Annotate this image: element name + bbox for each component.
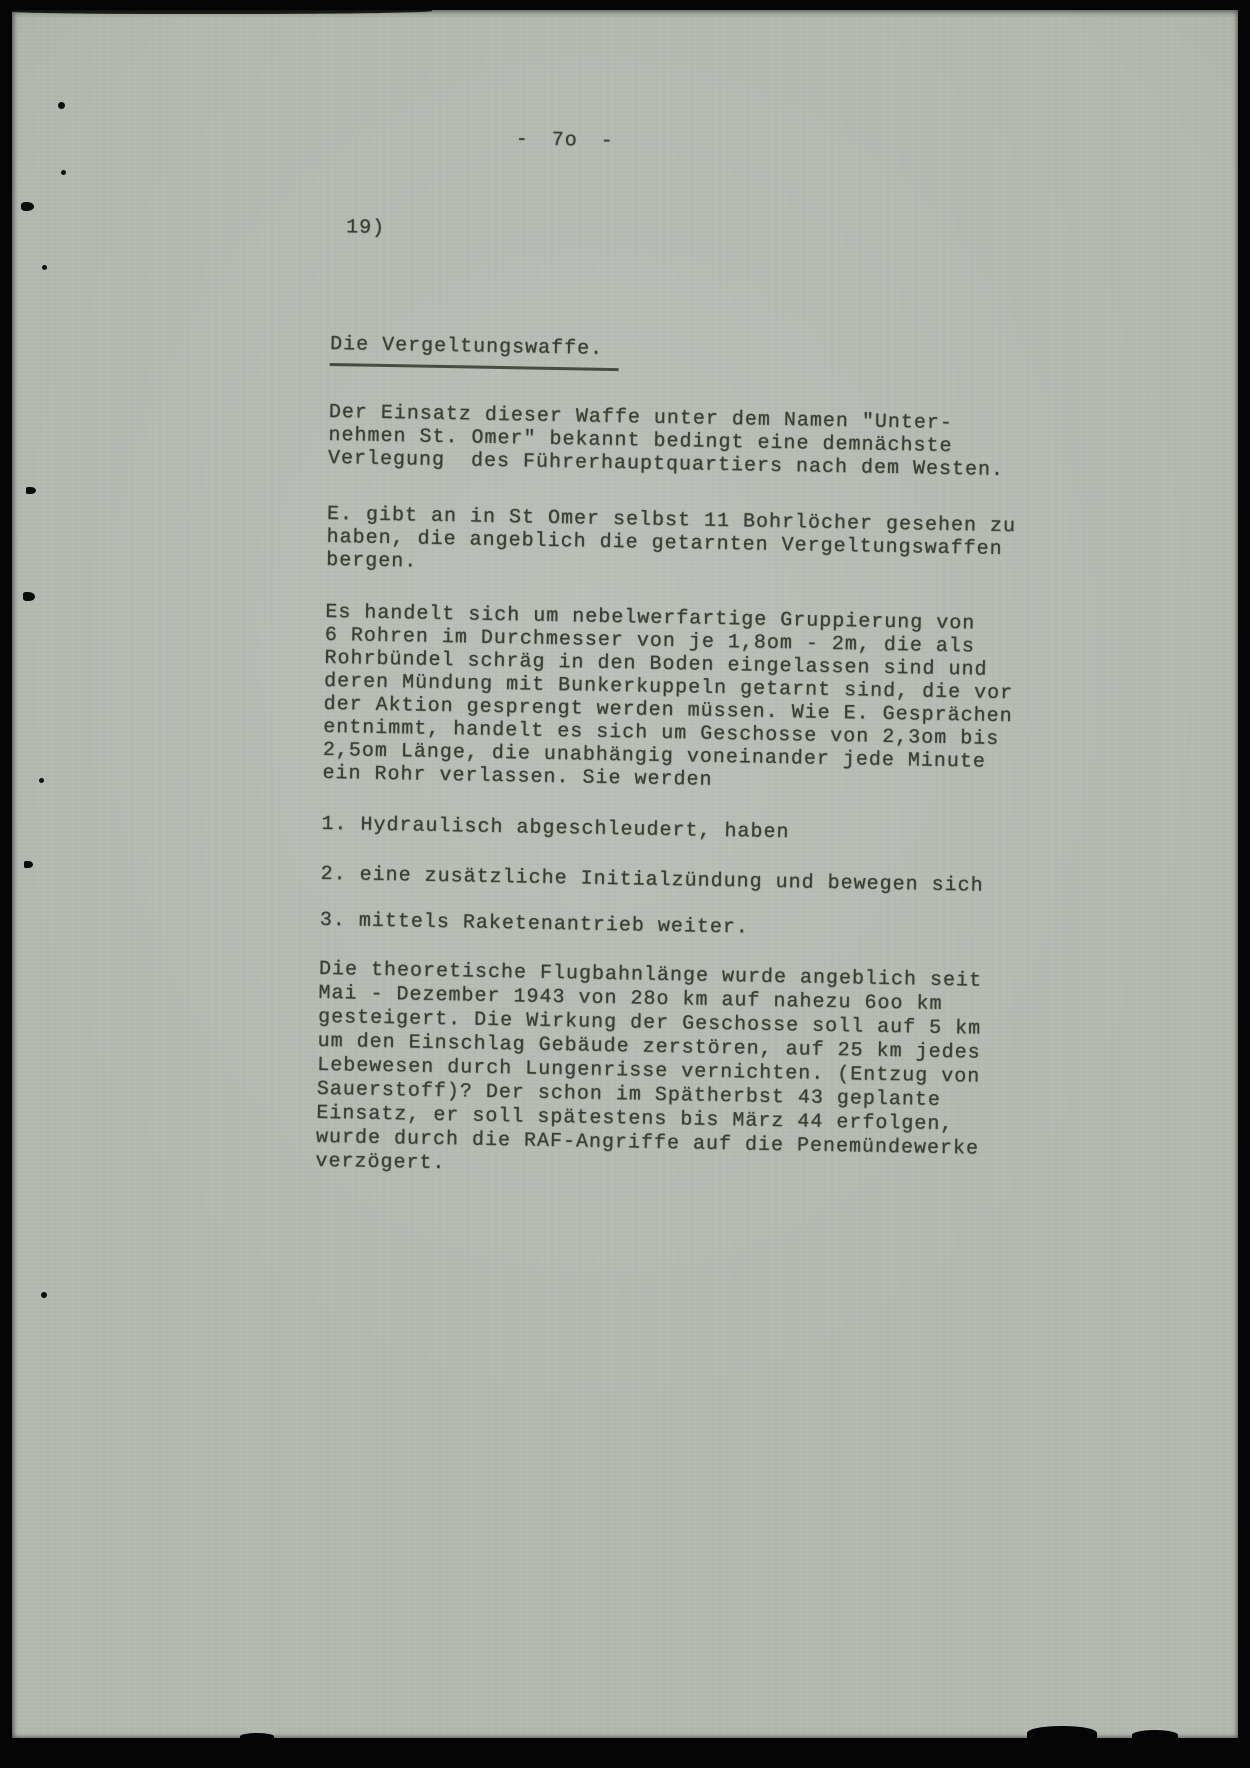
list-item-2: 2. eine zusätzliche Initialzündung und b… [320,863,1044,899]
scan-speck [24,861,33,868]
scan-edge-artifact [1027,1726,1097,1740]
page-number: - 7o - [516,128,1058,161]
paragraph-tube-grouping: Es handelt sich um nebelwerfartige Grupp… [322,601,1049,798]
scan-speck [42,265,47,270]
scanned-document-page: { "document": { "page_number": "- 7o -",… [0,0,1250,1768]
scan-edge-artifact [12,8,432,14]
list-item-1: 1. Hydraulisch abgeschleudert, haben [321,813,1045,849]
typewritten-content: - 7o - 19) Die Vergeltungswaffe. Der Ein… [315,122,1058,1187]
scan-speck [26,487,36,494]
scan-speck [21,202,34,211]
paragraph-boreholes: E. gibt an in St Omer selbst 11 Bohrlöch… [326,503,1051,585]
paragraph-operation-st-omer: Der Einsatz dieser Waffe unter dem Namen… [328,401,1053,483]
list-item-3: 3. mittels Raketenantrieb weiter. [320,909,1044,945]
paper-sheet: - 7o - 19) Die Vergeltungswaffe. Der Ein… [12,10,1238,1738]
scan-speck [41,1292,47,1298]
scan-edge-artifact [240,1733,274,1740]
section-title: Die Vergeltungswaffe. [330,333,620,371]
scan-speck [61,170,66,175]
scan-speck [23,592,35,601]
scan-edge-artifact [1132,1730,1178,1740]
scan-speck [58,102,65,109]
paragraph-trajectory: Die theoretische Flugbahnlänge wurde ang… [315,958,1043,1187]
scan-speck [39,778,44,783]
